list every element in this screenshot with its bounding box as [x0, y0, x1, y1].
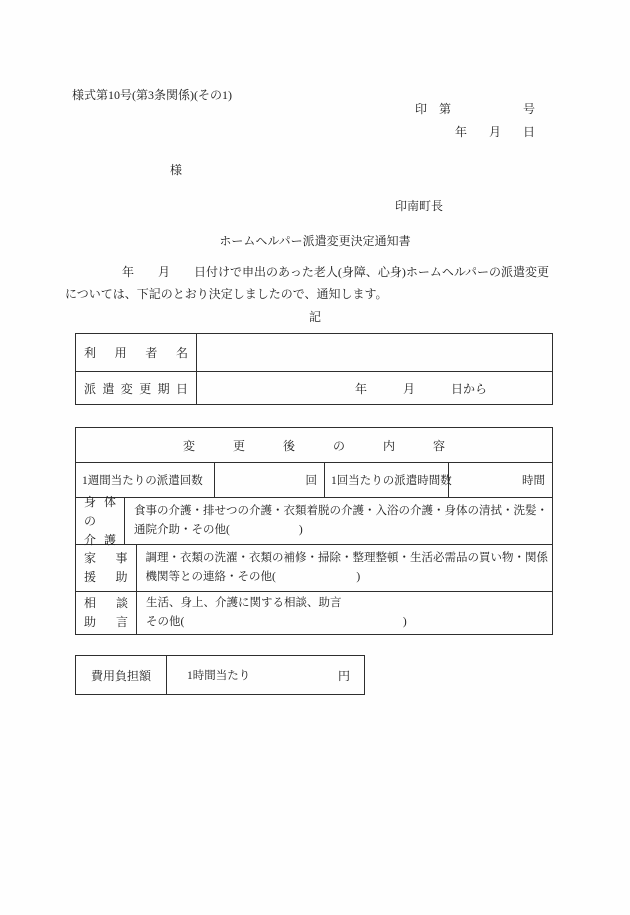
change-date-label-cell: 派遣変更期日: [76, 372, 196, 404]
body-line-2: については、下記のとおり決定しましたので、通知します。: [65, 283, 560, 305]
user-name-label-cell: 利用者名: [76, 334, 196, 371]
issue-date-line: 年 月 日: [455, 123, 535, 140]
physical-care-line2: 通院介助・その他( ): [134, 521, 548, 540]
consultation-line2: その他( ): [146, 613, 548, 632]
user-name-value-cell: [196, 334, 552, 371]
change-contents-header-row: 変更後の内容: [76, 428, 552, 462]
cost-unit-suffix: 円: [338, 667, 350, 684]
cost-row: 費用負担額 1時間当たり 円: [76, 656, 364, 694]
care-type-row: 相談 助言 生活、身上、介護に関する相談、助言 その他( ): [76, 591, 552, 634]
table-row: 派遣変更期日 年 月 日から: [76, 371, 552, 404]
document-page: 様式第10号(第3条関係)(その1) 印 第 号 年 月 日 様 印南町長 ホー…: [0, 0, 630, 915]
housework-line2: 機関等との連絡・その他( ): [146, 568, 549, 587]
stamp-number-line: 印 第 号: [415, 100, 535, 117]
per-visit-label: 1回当たりの派遣時間数: [331, 472, 442, 488]
body-paragraph: 年 月 日付けで申出のあった老人(身障、心身)ホームヘルパーの派遣変更 について…: [65, 261, 560, 305]
record-mark: 記: [0, 308, 630, 325]
per-visit-label-cell: 1回当たりの派遣時間数: [324, 463, 448, 497]
recipient-table: 利用者名 派遣変更期日 年 月 日から: [75, 333, 553, 405]
care-type-row: 家事 援助 調理・衣類の洗濯・衣類の補修・掃除・整理整頓・生活必需品の買い物・関…: [76, 544, 552, 591]
physical-care-label-cell: 身体の 介護: [76, 498, 124, 544]
consultation-content-cell: 生活、身上、介護に関する相談、助言 その他( ): [136, 592, 552, 634]
housework-content-cell: 調理・衣類の洗濯・衣類の補修・掃除・整理整頓・生活必需品の買い物・関係 機関等と…: [136, 545, 553, 591]
housework-line1: 調理・衣類の洗濯・衣類の補修・掃除・整理整頓・生活必需品の買い物・関係: [146, 549, 549, 568]
issue-date-day: 日: [523, 123, 535, 140]
per-visit-value-cell: 時間: [448, 463, 552, 497]
consultation-label-line1: 相談: [84, 594, 128, 613]
per-week-label: 1週間当たりの派遣回数: [82, 472, 208, 488]
per-week-value-cell: 回: [214, 463, 324, 497]
housework-label-line1: 家事: [84, 549, 128, 568]
issuer-title: 印南町長: [395, 197, 443, 214]
consultation-label-line2: 助言: [84, 613, 128, 632]
consultation-label-cell: 相談 助言: [76, 592, 136, 634]
table-row: 利用者名: [76, 334, 552, 371]
issue-date-month: 月: [489, 123, 501, 140]
consultation-line1: 生活、身上、介護に関する相談、助言: [146, 594, 548, 613]
issue-date-year: 年: [455, 123, 467, 140]
change-date-value-cell: 年 月 日から: [196, 372, 552, 404]
cost-label: 費用負担額: [91, 667, 151, 684]
cost-unit-label: 1時間当たり: [187, 667, 250, 683]
housework-label-line2: 援助: [84, 568, 128, 587]
cost-table: 費用負担額 1時間当たり 円: [75, 655, 365, 695]
user-name-label: 利用者名: [84, 344, 188, 361]
stamp-number-prefix: 印 第: [415, 100, 451, 117]
form-id: 様式第10号(第3条関係)(その1): [72, 86, 232, 103]
document-title: ホームヘルパー派遣変更決定通知書: [0, 232, 630, 249]
change-contents-header: 変更後の内容: [183, 437, 483, 454]
change-date-label: 派遣変更期日: [84, 380, 188, 397]
cost-value-cell: 1時間当たり 円: [166, 656, 364, 694]
cost-label-cell: 費用負担額: [76, 656, 166, 694]
physical-care-content-cell: 食事の介護・排せつの介護・衣類着脱の介護・入浴の介護・身体の清拭・洗髪・ 通院介…: [124, 498, 552, 544]
physical-care-label-line1: 身体の: [84, 493, 116, 531]
counts-row: 1週間当たりの派遣回数 回 1回当たりの派遣時間数 時間: [76, 462, 552, 497]
per-week-unit: 回: [306, 472, 318, 488]
change-contents-table: 変更後の内容 1週間当たりの派遣回数 回 1回当たりの派遣時間数 時間 身体の …: [75, 427, 553, 635]
addressee-suffix: 様: [170, 161, 182, 178]
physical-care-line1: 食事の介護・排せつの介護・衣類着脱の介護・入浴の介護・身体の清拭・洗髪・: [134, 502, 548, 521]
housework-label-cell: 家事 援助: [76, 545, 136, 591]
change-date-value: 年 月 日から: [355, 380, 552, 397]
care-type-row: 身体の 介護 食事の介護・排せつの介護・衣類着脱の介護・入浴の介護・身体の清拭・…: [76, 497, 552, 544]
stamp-number-suffix: 号: [523, 100, 535, 117]
body-line-1: 年 月 日付けで申出のあった老人(身障、心身)ホームヘルパーの派遣変更: [65, 261, 560, 283]
per-visit-unit: 時間: [522, 472, 545, 488]
